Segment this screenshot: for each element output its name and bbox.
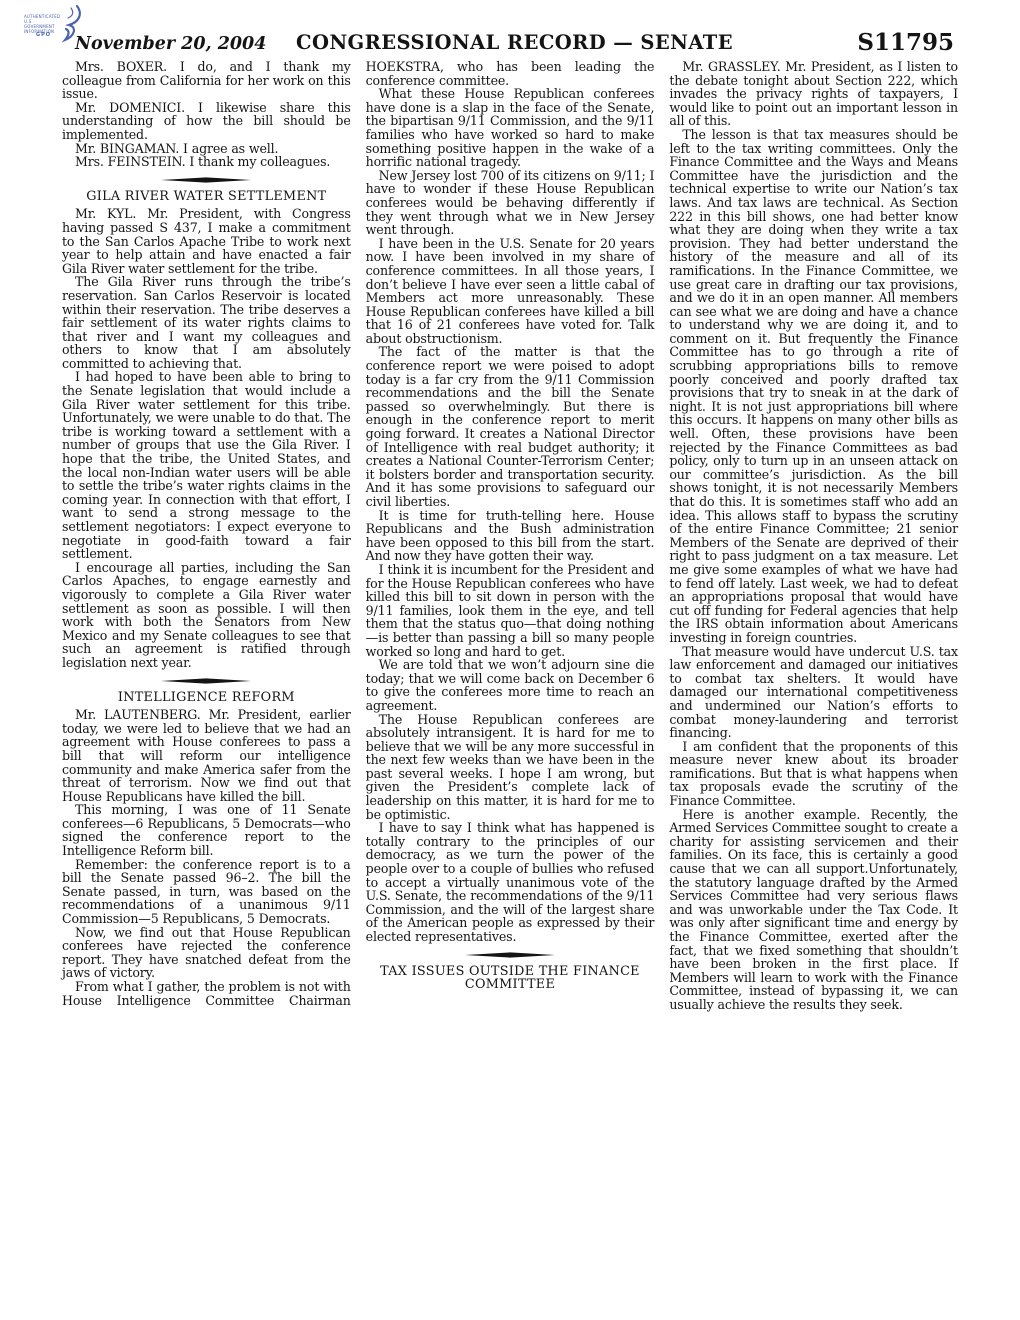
diamond-rule-icon (161, 678, 251, 684)
publication-title: CONGRESSIONAL RECORD — SENATE (296, 31, 733, 54)
speech-paragraph: The fact of the matter is that the confe… (366, 345, 655, 508)
page-header: November 20, 2004 CONGRESSIONAL RECORD —… (75, 26, 954, 54)
speech-paragraph: Mrs. FEINSTEIN. I thank my colleagues. (62, 155, 351, 169)
seal-text: AUTHENTICATED U.S. GOVERNMENT INFORMATIO… (24, 14, 58, 34)
speech-paragraph: I have been in the U.S. Senate for 20 ye… (366, 237, 655, 346)
speech-paragraph: Now, we find out that House Republican c… (62, 926, 351, 980)
speech-paragraph: Mr. BINGAMAN. I agree as well. (62, 142, 351, 156)
speech-paragraph: The lesson is that tax measures should b… (669, 128, 958, 645)
issue-date: November 20, 2004 (75, 34, 266, 54)
section-separator (62, 678, 351, 684)
speech-paragraph: Remember: the conference report is to a … (62, 858, 351, 926)
speech-paragraph: This morning, I was one of 11 Senate con… (62, 803, 351, 857)
speech-paragraph: New Jersey lost 700 of its citizens on 9… (366, 169, 655, 237)
speech-paragraph: Mr. GRASSLEY. Mr. President, as I listen… (669, 60, 958, 128)
section-heading: TAX ISSUES OUTSIDE THE FINANCE COMMITTEE (374, 965, 647, 992)
section-separator (366, 952, 655, 958)
speech-paragraph: I encourage all parties, including the S… (62, 561, 351, 670)
speech-paragraph: We are told that we won’t adjourn sine d… (366, 658, 655, 712)
speech-section-continuation: Mrs. BOXER. I do, and I thank my colleag… (62, 60, 351, 169)
seal-line-2: U.S. GOVERNMENT (24, 19, 58, 29)
speech-paragraph: That measure would have undercut U.S. ta… (669, 645, 958, 740)
speech-paragraph: The House Republican conferees are absol… (366, 713, 655, 822)
speech-paragraph: It is time for truth-telling here. House… (366, 509, 655, 563)
speech-paragraph: I had hoped to have been able to bring t… (62, 370, 351, 560)
speech-paragraph: Mr. LAUTENBERG. Mr. President, earlier t… (62, 708, 351, 803)
speech-paragraph: Here is another example. Recently, the A… (669, 808, 958, 1012)
speech-section-gila-river: GILA RIVER WATER SETTLEMENT Mr. KYL. Mr.… (62, 190, 351, 670)
diamond-rule-icon (161, 177, 251, 183)
page-number: S11795 (857, 29, 954, 56)
speech-paragraph: Mr. DOMENICI. I likewise share this unde… (62, 101, 351, 142)
diamond-rule-icon (465, 952, 555, 958)
section-separator (62, 177, 351, 183)
congressional-record-page: AUTHENTICATED U.S. GOVERNMENT INFORMATIO… (0, 0, 1020, 1320)
speech-paragraph: Mrs. BOXER. I do, and I thank my colleag… (62, 60, 351, 101)
speech-paragraph: Mr. KYL. Mr. President, with Congress ha… (62, 207, 351, 275)
gpo-label: GPO (36, 32, 51, 38)
speech-paragraph: What these House Republican conferees ha… (366, 87, 655, 169)
speech-paragraph: I am confident that the proponents of th… (669, 740, 958, 808)
speech-paragraph: I have to say I think what has happened … (366, 821, 655, 943)
speech-paragraph: The Gila River runs through the tribe’s … (62, 275, 351, 370)
section-heading: INTELLIGENCE REFORM (70, 691, 343, 705)
speech-paragraph: I think it is incumbent for the Presiden… (366, 563, 655, 658)
section-heading: GILA RIVER WATER SETTLEMENT (70, 190, 343, 204)
article-columns: Mrs. BOXER. I do, and I thank my colleag… (62, 60, 958, 1012)
